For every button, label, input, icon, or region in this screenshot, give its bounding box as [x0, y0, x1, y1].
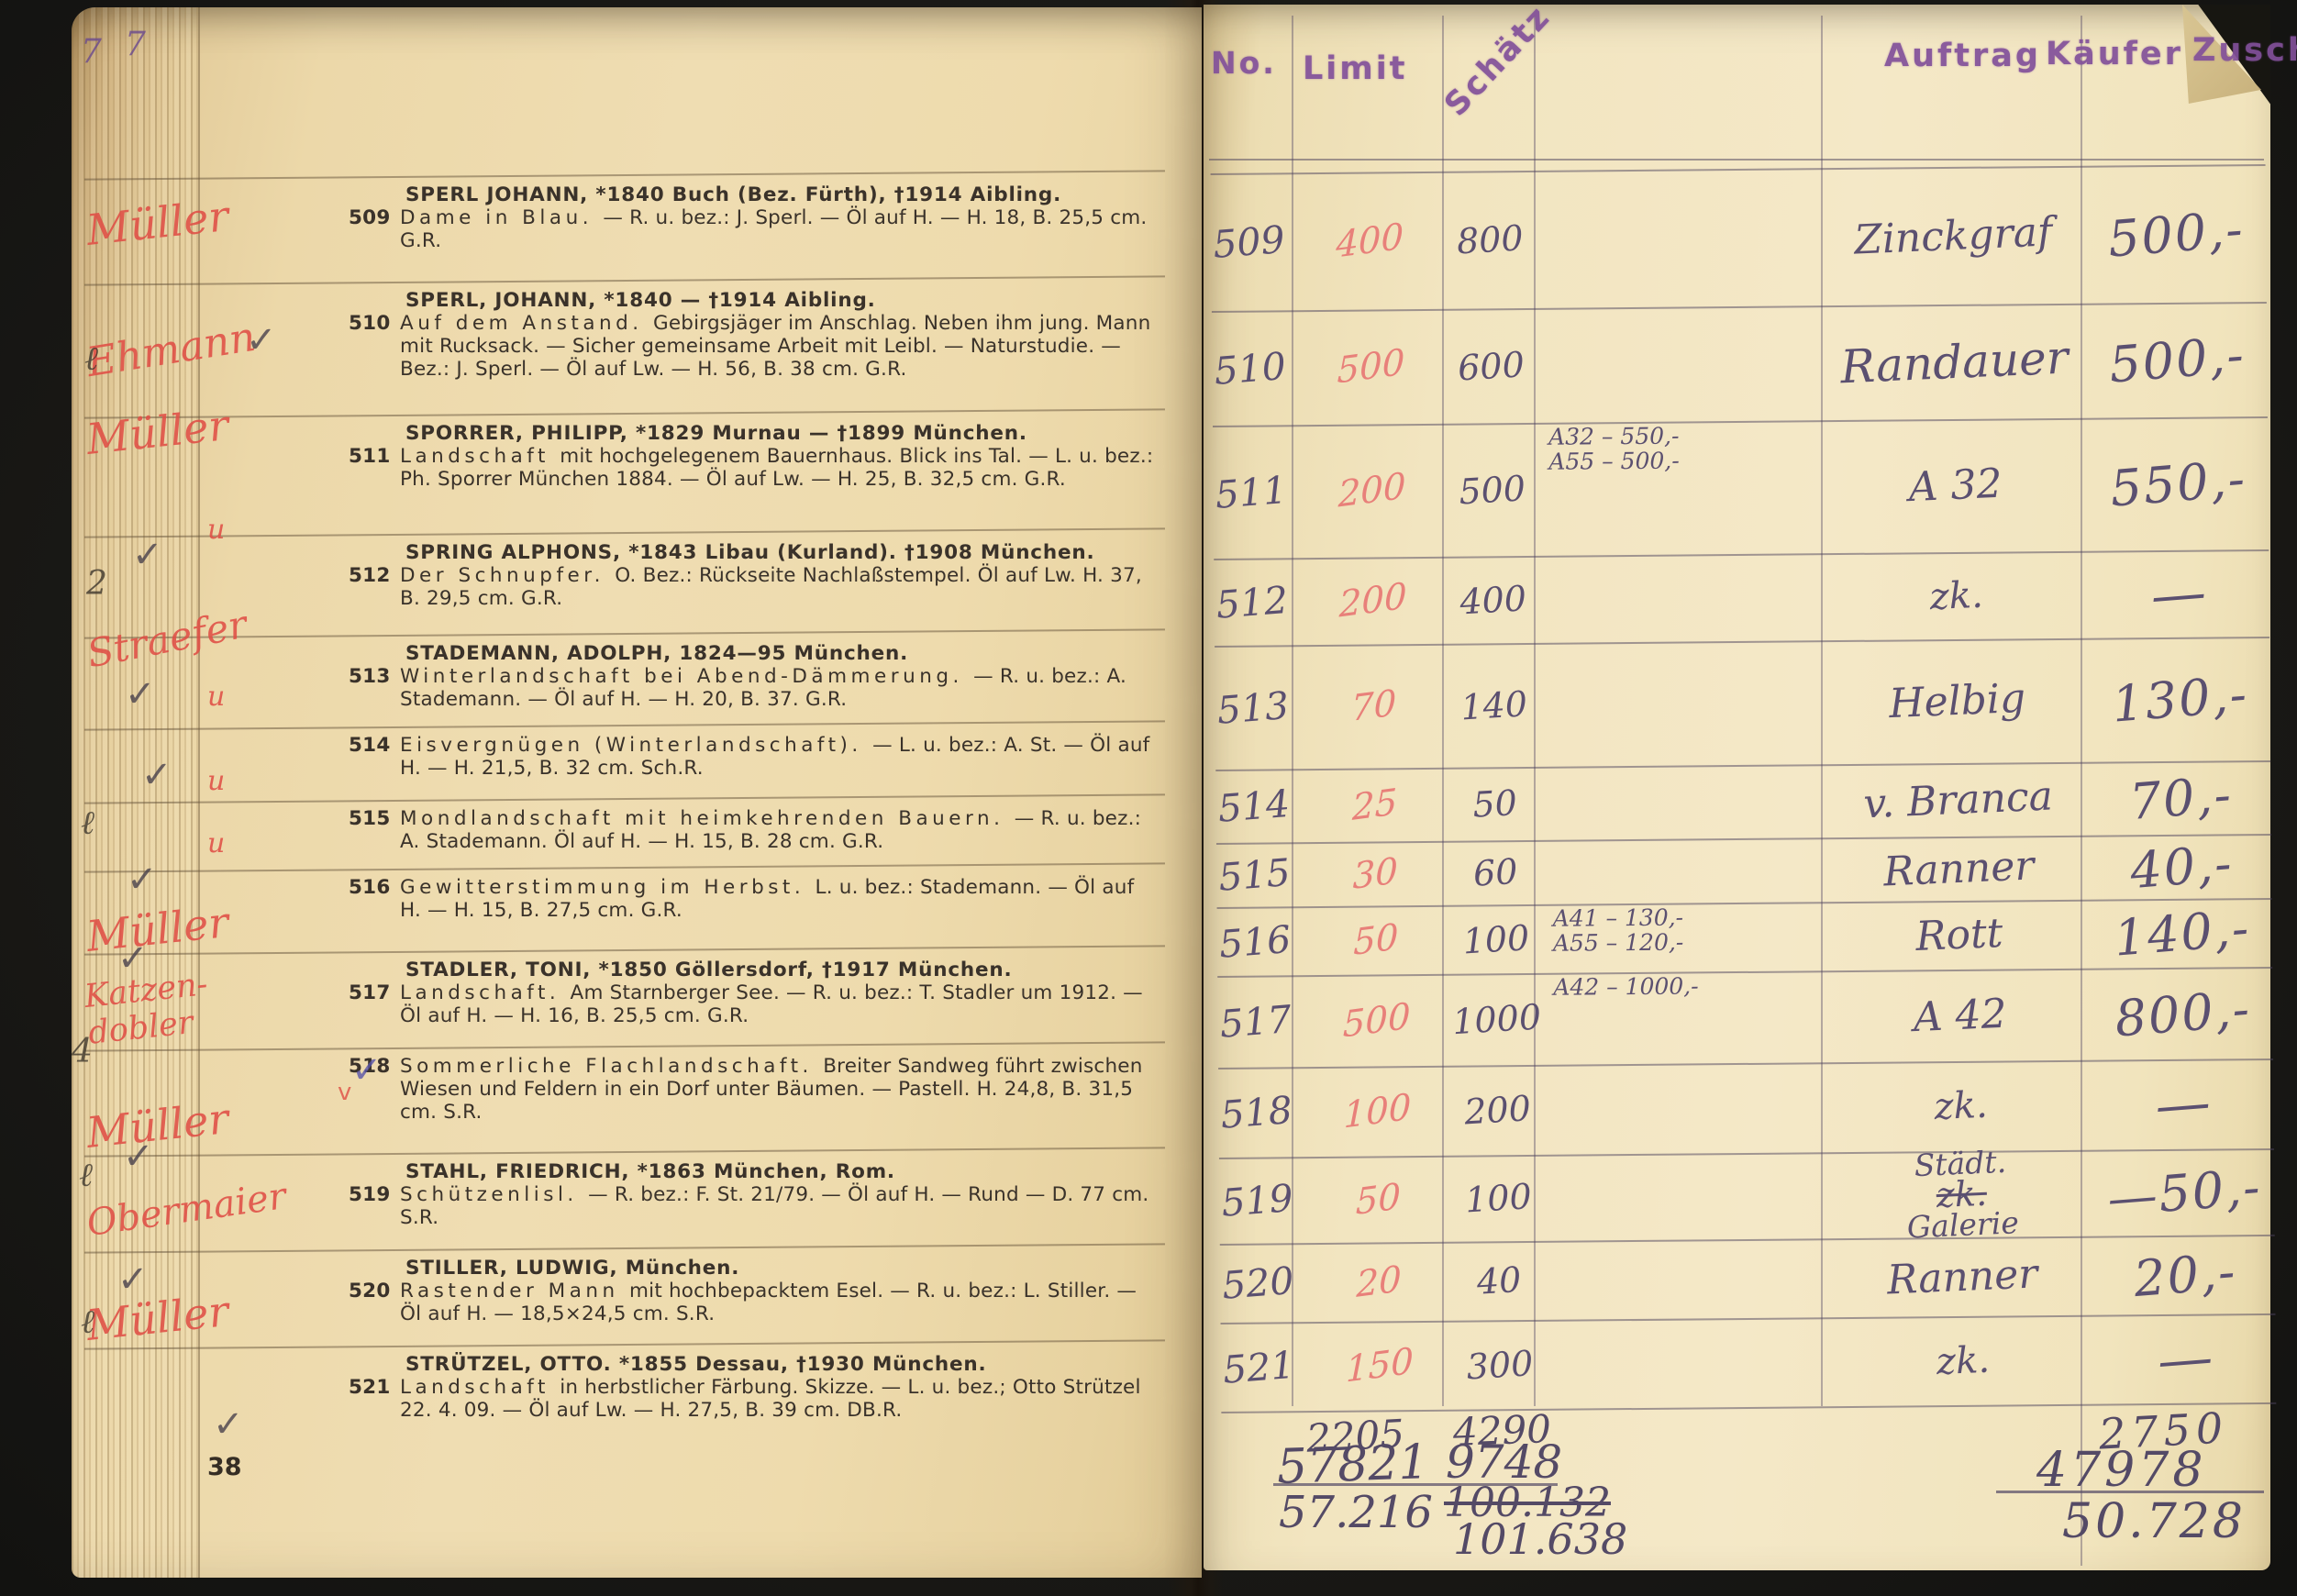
margin-buyer-name: u — [207, 765, 225, 797]
entry-text: Gewitterstimmung im Herbst. L. u. bez.: … — [400, 876, 1161, 922]
entry-body: 520Rastender Mann mit hochbepacktem Esel… — [349, 1280, 1161, 1325]
entry-artist: STAHL, FRIEDRICH, *1863 München, Rom. — [349, 1160, 1161, 1183]
entry-text: Rastender Mann mit hochbepacktem Esel. —… — [400, 1280, 1161, 1325]
catalog-entry: SPRING ALPHONS, *1843 Libau (Kurland). †… — [349, 541, 1161, 631]
entry-body: 515Mondlandschaft mit heimkehrenden Baue… — [349, 807, 1161, 853]
table-row: 512200400zk.— — [1208, 549, 2276, 646]
entry-title: Rastender Mann — [400, 1280, 629, 1302]
table-row: 511200500A32 – 550,-A55 – 500,-A 32550,- — [1207, 416, 2275, 559]
cell-limit: 200 — [1300, 414, 1445, 567]
cell-no: 513 — [1213, 642, 1301, 771]
sum-zuschlag-c: 50.728 — [2062, 1494, 2246, 1549]
edge-mark: 2 — [86, 565, 107, 603]
cell-kaeufer: Ranner — [1830, 831, 2088, 906]
cell-no: 518 — [1217, 1064, 1303, 1159]
entry-title: Der Schnupfer. — [400, 564, 615, 587]
cell-no: 521 — [1219, 1319, 1304, 1413]
edge-mark: 7 — [81, 33, 102, 71]
sum-limit-b: 57821 — [1276, 1435, 1429, 1495]
cell-kaeufer: A 42 — [1831, 964, 2090, 1067]
entry-body: 514Eisvergnügen (Winterlandschaft). — L.… — [349, 734, 1161, 780]
entry-number: 521 — [349, 1376, 400, 1422]
table-row: 5142550v. Branca70,- — [1210, 760, 2278, 843]
cell-no: 517 — [1216, 972, 1303, 1070]
header-auftrag: Auftrag — [1884, 38, 2041, 74]
catalog-entry: SPERL, JOHANN, *1840 — †1914 Aibling.510… — [349, 289, 1161, 411]
right-page: No. Limit Schätz Auftrag Käufer Zuschlag… — [1204, 5, 2270, 1570]
table-row: 521150300zk.— — [1215, 1313, 2283, 1412]
entry-text: Landschaft in herbstlicher Färbung. Skiz… — [400, 1376, 1161, 1422]
edge-mark: ℓ — [81, 1302, 94, 1341]
cell-zuschlag: — — [2089, 1052, 2279, 1156]
catalog-entry: 514Eisvergnügen (Winterlandschaft). — L.… — [349, 734, 1161, 796]
entry-number: 511 — [349, 445, 400, 491]
header-schaetz: Schätz — [1437, 0, 1558, 124]
entry-text: Auf dem Anstand. Gebirgsjäger im Anschla… — [400, 312, 1161, 381]
entry-text: Der Schnupfer. O. Bez.: Rückseite Nachla… — [400, 564, 1161, 610]
cell-zuschlag: 550,- — [2081, 410, 2275, 557]
table-row: 5175001000A42 – 1000,-A 42800,- — [1212, 967, 2280, 1068]
cell-schaetz: 400 — [1447, 554, 1540, 647]
table-row: 51950100Städt.zk.Galerie—50,- — [1214, 1148, 2281, 1244]
cell-zuschlag: 500,- — [2080, 158, 2273, 309]
cell-kaeufer: Rott — [1830, 895, 2088, 975]
cell-zuschlag: — — [2084, 543, 2274, 644]
edge-mark: ℓ — [81, 804, 94, 842]
cell-kaeufer: Helbig — [1827, 634, 2088, 769]
cell-kaeufer: zk. — [1831, 1056, 2090, 1157]
entry-text: Winterlandschaft bei Abend-Dämmerung. — … — [400, 665, 1161, 711]
entry-text: Eisvergnügen (Winterlandschaft). — L. u.… — [400, 734, 1161, 780]
entry-title: Dame in Blau. — [400, 206, 603, 229]
cell-schaetz: 140 — [1447, 641, 1542, 770]
entry-artist: STRÜTZEL, OTTO. *1855 Dessau, †1930 Münc… — [349, 1353, 1161, 1376]
cell-no: 516 — [1216, 903, 1301, 979]
cell-no: 511 — [1210, 422, 1299, 560]
cell-schaetz: 500 — [1444, 421, 1540, 560]
table-row: 509400800Zinckgraf500,- — [1205, 164, 2273, 311]
entry-body: 510Auf dem Anstand. Gebirgsjäger im Ansc… — [349, 312, 1161, 381]
cell-schaetz: 800 — [1442, 169, 1538, 312]
entry-title: Schützenlisl. — [400, 1183, 588, 1206]
entry-title: Eisvergnügen (Winterlandschaft). — [400, 734, 872, 757]
cell-limit: 500 — [1299, 300, 1444, 435]
header-zuschlag: Zuschlag — [2192, 32, 2297, 69]
table-row: 5153060Ranner40,- — [1211, 834, 2279, 907]
check-icon: ✓ — [123, 1136, 154, 1178]
header-no: No. — [1211, 45, 1277, 81]
entry-body: 516Gewitterstimmung im Herbst. L. u. bez… — [349, 876, 1161, 922]
cell-kaeufer: Städt.zk.Galerie — [1832, 1146, 2091, 1243]
entry-text: Landschaft. Am Starnberger See. — R. u. … — [400, 981, 1161, 1027]
entry-artist: STILLER, LUDWIG, München. — [349, 1257, 1161, 1280]
catalog-entry: STAHL, FRIEDRICH, *1863 München, Rom.519… — [349, 1160, 1161, 1246]
check-icon: ✓ — [351, 1049, 383, 1092]
entry-number: 515 — [349, 807, 400, 853]
cell-limit: 70 — [1302, 635, 1447, 779]
catalog-entry: 518Sommerliche Flachlandschaft. Breiter … — [349, 1055, 1161, 1149]
entry-body: 509Dame in Blau. — R. u. bez.: J. Sperl.… — [349, 206, 1161, 252]
edge-mark: 7 — [125, 26, 146, 63]
cell-auftrag-note: A55 – 120,- — [1553, 928, 1828, 956]
table-row: 51650100A41 – 130,-A55 – 120,-Rott140,- — [1212, 898, 2280, 976]
entry-number: 517 — [349, 981, 400, 1027]
table-row: 518100200zk.— — [1213, 1058, 2280, 1158]
check-icon: ✓ — [246, 319, 277, 361]
entry-body: 518Sommerliche Flachlandschaft. Breiter … — [349, 1055, 1161, 1124]
cell-no: 515 — [1216, 839, 1300, 910]
cell-no: 514 — [1215, 766, 1300, 846]
cell-schaetz: 40 — [1453, 1238, 1546, 1323]
cell-kaeufer: Ranner — [1833, 1232, 2091, 1322]
cell-schaetz: 200 — [1451, 1062, 1545, 1158]
check-icon: ✓ — [127, 859, 158, 901]
cell-auftrag-note: A41 – 130,- — [1553, 903, 1828, 931]
entry-artist: STADLER, TONI, *1850 Göllersdorf, †1917 … — [349, 959, 1161, 981]
entry-number: 512 — [349, 564, 400, 610]
check-icon: ✓ — [117, 1258, 149, 1301]
cell-kaeufer: v. Branca — [1829, 758, 2087, 842]
kaeufer-multiline: Städt.zk.Galerie — [1903, 1147, 2019, 1242]
sum-limit-c: 57.216 — [1279, 1487, 1433, 1538]
entry-number: 520 — [349, 1280, 400, 1325]
entry-title: Gewitterstimmung im Herbst. — [400, 876, 816, 899]
catalog-entry: SPERL JOHANN, *1840 Buch (Bez. Fürth), †… — [349, 183, 1161, 278]
edge-mark: 4 — [72, 1033, 93, 1070]
cell-auftrag-note: A42 – 1000,- — [1553, 972, 1828, 1000]
book-scan: SPERL JOHANN, *1840 Buch (Bez. Fürth), †… — [0, 0, 2297, 1596]
catalog-entry: SPORRER, PHILIPP, *1829 Murnau — †1899 M… — [349, 422, 1161, 530]
sum-zuschlag-b: 47978 — [2036, 1443, 2206, 1498]
cell-zuschlag: —50,- — [2090, 1142, 2280, 1242]
cell-no: 519 — [1218, 1154, 1304, 1246]
cell-no: 520 — [1219, 1240, 1304, 1324]
cell-zuschlag: 20,- — [2091, 1228, 2280, 1321]
entry-text: Landschaft mit hochgelegenem Bauernhaus.… — [400, 445, 1161, 491]
entry-text: Mondlandschaft mit heimkehrenden Bauern.… — [400, 807, 1161, 853]
edge-mark: ℓ — [79, 1156, 93, 1194]
margin-buyer-name: u — [207, 681, 225, 713]
entry-text: Schützenlisl. — R. bez.: F. St. 21/79. —… — [400, 1183, 1161, 1229]
entry-title: Mondlandschaft mit heimkehrenden Bauern. — [400, 807, 1015, 830]
margin-buyer-name: u — [207, 514, 225, 546]
cell-limit: 400 — [1297, 161, 1442, 319]
entry-artist: SPORRER, PHILIPP, *1829 Murnau — †1899 M… — [349, 422, 1161, 445]
cell-schaetz: 600 — [1444, 306, 1538, 427]
sum-schaetz-d: 101.638 — [1453, 1514, 1627, 1564]
entry-title: Auf dem Anstand. — [400, 312, 653, 335]
entry-number: 514 — [349, 734, 400, 780]
cell-no: 512 — [1213, 555, 1298, 648]
cell-schaetz: 1000 — [1450, 970, 1544, 1068]
check-icon: ✓ — [125, 673, 156, 715]
cell-no: 510 — [1210, 307, 1298, 427]
entry-artist: STADEMANN, ADOLPH, 1824—95 München. — [349, 642, 1161, 665]
catalog-entry: STADEMANN, ADOLPH, 1824—95 München.513Wi… — [349, 642, 1161, 723]
sum-rule — [1996, 1491, 2264, 1493]
entry-title: Winterlandschaft bei Abend-Dämmerung. — [400, 665, 973, 688]
cell-auftrag-note: A55 – 500,- — [1548, 447, 1824, 474]
entry-body: 521Landschaft in herbstlicher Färbung. S… — [349, 1376, 1161, 1422]
entry-body: 519Schützenlisl. — R. bez.: F. St. 21/79… — [349, 1183, 1161, 1229]
margin-buyer-name: u — [207, 827, 225, 859]
entry-title: Sommerliche Flachlandschaft. — [400, 1055, 823, 1078]
cell-zuschlag: 500,- — [2081, 295, 2273, 424]
check-icon: ✓ — [132, 534, 163, 576]
cell-kaeufer: Randauer — [1825, 299, 2084, 425]
edge-mark: ℓ — [84, 339, 98, 378]
entry-number: 510 — [349, 312, 400, 381]
cell-zuschlag: 130,- — [2084, 630, 2277, 768]
catalog-entry: STILLER, LUDWIG, München.520Rastender Ma… — [349, 1257, 1161, 1342]
table-rows: 509400800Zinckgraf500,-510500600Randauer… — [1204, 0, 2270, 9]
entry-title: Landschaft — [400, 1376, 560, 1399]
table-row: 510500600Randauer500,- — [1206, 302, 2274, 426]
check-icon: ✓ — [213, 1403, 244, 1446]
catalog-entry: STADLER, TONI, *1850 Göllersdorf, †1917 … — [349, 959, 1161, 1044]
entry-text: Dame in Blau. — R. u. bez.: J. Sperl. — … — [400, 206, 1161, 252]
cell-no: 509 — [1207, 170, 1297, 313]
cell-schaetz: 50 — [1448, 764, 1541, 843]
entry-number: 509 — [349, 206, 400, 252]
cell-kaeufer: A 32 — [1825, 414, 2086, 558]
entry-number: 519 — [349, 1183, 400, 1229]
table-row: 5202040Ranner20,- — [1215, 1235, 2282, 1323]
entry-number: 516 — [349, 876, 400, 922]
entry-artist: SPERL, JOHANN, *1840 — †1914 Aibling. — [349, 289, 1161, 312]
cell-limit: 150 — [1307, 1312, 1452, 1421]
catalog-entry: STRÜTZEL, OTTO. *1855 Dessau, †1930 Münc… — [349, 1353, 1161, 1443]
header-kaeufer: Käufer — [2046, 36, 2183, 72]
left-page: SPERL JOHANN, *1840 Buch (Bez. Fürth), †… — [72, 7, 1202, 1578]
entry-title: Landschaft. — [400, 981, 571, 1004]
cell-auftrag-note: A32 – 550,- — [1548, 422, 1824, 449]
catalog-entry: 515Mondlandschaft mit heimkehrenden Baue… — [349, 807, 1161, 865]
cell-schaetz: 300 — [1453, 1317, 1547, 1412]
cell-kaeufer: Zinckgraf — [1823, 161, 2083, 310]
entry-body: 517Landschaft. Am Starnberger See. — R. … — [349, 981, 1161, 1027]
cell-kaeufer: zk. — [1827, 547, 2086, 645]
entry-divider — [84, 170, 1165, 180]
cell-schaetz: 60 — [1449, 837, 1541, 907]
entry-artist: SPRING ALPHONS, *1843 Libau (Kurland). †… — [349, 541, 1161, 564]
entry-body: 511Landschaft mit hochgelegenem Bauernha… — [349, 445, 1161, 491]
cell-zuschlag: 800,- — [2088, 960, 2278, 1066]
entry-artist: SPERL JOHANN, *1840 Buch (Bez. Fürth), †… — [349, 183, 1161, 206]
cell-zuschlag: — — [2091, 1307, 2280, 1410]
entry-body: 512Der Schnupfer. O. Bez.: Rückseite Nac… — [349, 564, 1161, 610]
cell-kaeufer: zk. — [1834, 1311, 2092, 1411]
entry-body: 513Winterlandschaft bei Abend-Dämmerung.… — [349, 665, 1161, 711]
check-icon: ✓ — [141, 754, 172, 796]
red-check-icon: v — [338, 1079, 351, 1106]
page-number: 38 — [207, 1453, 242, 1481]
check-icon: ✓ — [117, 937, 149, 980]
header-limit: Limit — [1303, 50, 1408, 87]
entry-number: 513 — [349, 665, 400, 711]
header-rule — [1209, 159, 2264, 161]
cell-schaetz: 100 — [1450, 902, 1542, 976]
entry-title: Landschaft — [400, 445, 560, 468]
cell-schaetz: 100 — [1452, 1152, 1546, 1244]
table-row: 51370140Helbig130,- — [1209, 637, 2277, 770]
entry-text: Sommerliche Flachlandschaft. Breiter San… — [400, 1055, 1161, 1124]
catalog-entry: 516Gewitterstimmung im Herbst. L. u. bez… — [349, 876, 1161, 948]
